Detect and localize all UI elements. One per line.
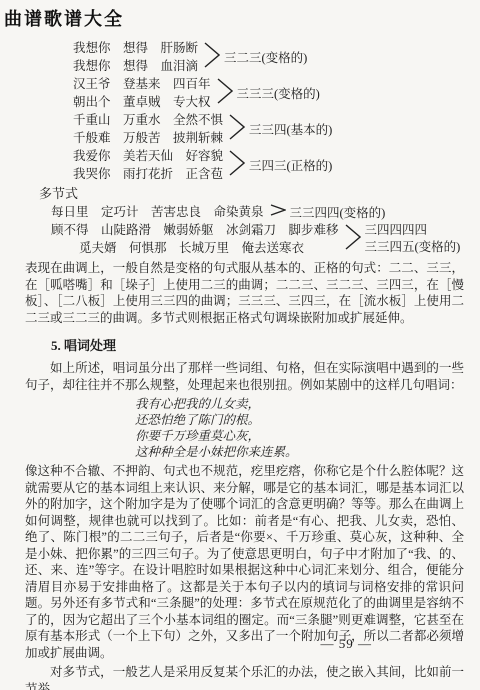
section-heading: 5. 唱词处理: [25, 335, 464, 354]
lyric-line: 顾不得 山陡路滑 嫩弱娇躯 冰剑霜刀 脚步难移: [51, 221, 339, 239]
example-lines: 我想你 想得 肝肠断 我想你 想得 血泪滴: [73, 39, 198, 75]
bracket-icon: [345, 222, 361, 257]
verse-block: 我有心把我的儿女卖， 还恐怕绝了陈门的根。 你要千万珍重莫心灰， 这种种全是小妹…: [135, 396, 464, 460]
pattern-labels: 三四四四四 三三四五(变格的): [365, 222, 461, 256]
lyric-line: 每日里 定巧计 苦害忠良 命染黄泉: [51, 203, 264, 221]
bracket-icon: [217, 77, 233, 110]
bracket-icon: [204, 41, 220, 74]
pattern-label: 三三四(基本的): [249, 120, 332, 138]
example-lines: 我爱你 美若天仙 好容貌 我哭你 雨打花折 正含苞: [73, 147, 223, 183]
bracket-icon: [270, 203, 286, 221]
multi-section-label: 多节式: [39, 185, 464, 203]
body-paragraph: 表现在曲调上，一般自然是变格的句式服从基本的、正格的句式：二二、三三，在［呱嗒嘴…: [25, 260, 464, 326]
lyric-line: 我哭你 雨打花折 正含苞: [73, 165, 223, 183]
pattern-label: 三四三(正格的): [249, 156, 332, 174]
verse-line: 还恐怕绝了陈门的根。: [135, 412, 464, 428]
page-content: 我想你 想得 肝肠断 我想你 想得 血泪滴 三二三(变格的) 汉王爷 登基来 四…: [0, 39, 480, 690]
book-page: 曲谱歌谱大全 我想你 想得 肝肠断 我想你 想得 血泪滴 三二三(变格的) 汉王…: [0, 0, 480, 690]
pattern-label: 三三四四(变格的): [290, 203, 386, 221]
bracket-icon: [229, 113, 245, 146]
example-group: 我想你 想得 肝肠断 我想你 想得 血泪滴 三二三(变格的): [73, 39, 464, 75]
lyric-line: 我想你 想得 血泪滴: [73, 57, 198, 75]
lyric-line: 千重山 万重水 全然不惧: [73, 111, 223, 129]
body-paragraph: 对多节式，一般艺人是采用反复某个乐汇的办法，使之嵌入其间，比如前一节举: [25, 664, 464, 690]
example-group: 我爱你 美若天仙 好容貌 我哭你 雨打花折 正含苞 三四三(正格的): [73, 147, 464, 183]
example-group: 汉王爷 登基来 四百年 朝出个 董卓贼 专大权 三三三(变格的): [73, 75, 464, 111]
lyric-line: 我爱你 美若天仙 好容貌: [73, 147, 223, 165]
pattern-label: 三三三(变格的): [237, 84, 320, 102]
example-lines: 顾不得 山陡路滑 嫩弱娇躯 冰剑霜刀 脚步难移 觅夫婿 何惧那 长城万里 俺去送…: [51, 221, 339, 257]
example-lines: 千重山 万重水 全然不惧 千般难 万般苦 披荆斩棘: [73, 111, 223, 147]
page-title: 曲谱歌谱大全: [0, 0, 480, 31]
verse-line: 我有心把我的儿女卖，: [135, 396, 464, 412]
pattern-label: 三二三(变格的): [224, 48, 307, 66]
lyric-line: 我想你 想得 肝肠断: [73, 39, 198, 57]
examples-block: 我想你 想得 肝肠断 我想你 想得 血泪滴 三二三(变格的) 汉王爷 登基来 四…: [73, 39, 464, 183]
verse-line: 这种种全是小妹把你来连累。: [135, 444, 464, 460]
lyric-line: 觅夫婿 何惧那 长城万里 俺去送寒衣: [79, 239, 339, 257]
example-group: 千重山 万重水 全然不惧 千般难 万般苦 披荆斩棘 三三四(基本的): [73, 111, 464, 147]
example-group: 顾不得 山陡路滑 嫩弱娇躯 冰剑霜刀 脚步难移 觅夫婿 何惧那 长城万里 俺去送…: [51, 221, 464, 257]
multi-examples-block: 每日里 定巧计 苦害忠良 命染黄泉 三三四四(变格的) 顾不得 山陡路滑 嫩弱娇…: [51, 203, 464, 257]
pattern-label: 三四四四四: [365, 222, 461, 239]
lyric-line: 汉王爷 登基来 四百年: [73, 75, 211, 93]
body-paragraph: 如上所述，唱词虽分出了那样一些词组、句格，但在实际演唱中遇到的一些句子，却往往并…: [25, 360, 464, 393]
example-group: 每日里 定巧计 苦害忠良 命染黄泉 三三四四(变格的): [51, 203, 464, 221]
lyric-line: 千般难 万般苦 披荆斩棘: [73, 129, 223, 147]
page-number: — 59 —: [321, 636, 373, 652]
verse-line: 你要千万珍重莫心灰，: [135, 428, 464, 444]
body-paragraph: 像这种不合辙、不押韵、句式也不规范，疙里疙瘩，你称它是个什么腔体呢？这就需要从它…: [25, 463, 464, 661]
pattern-label: 三三四五(变格的): [365, 239, 461, 256]
lyric-line: 朝出个 董卓贼 专大权: [73, 93, 211, 111]
example-lines: 汉王爷 登基来 四百年 朝出个 董卓贼 专大权: [73, 75, 211, 111]
bracket-icon: [229, 149, 245, 182]
